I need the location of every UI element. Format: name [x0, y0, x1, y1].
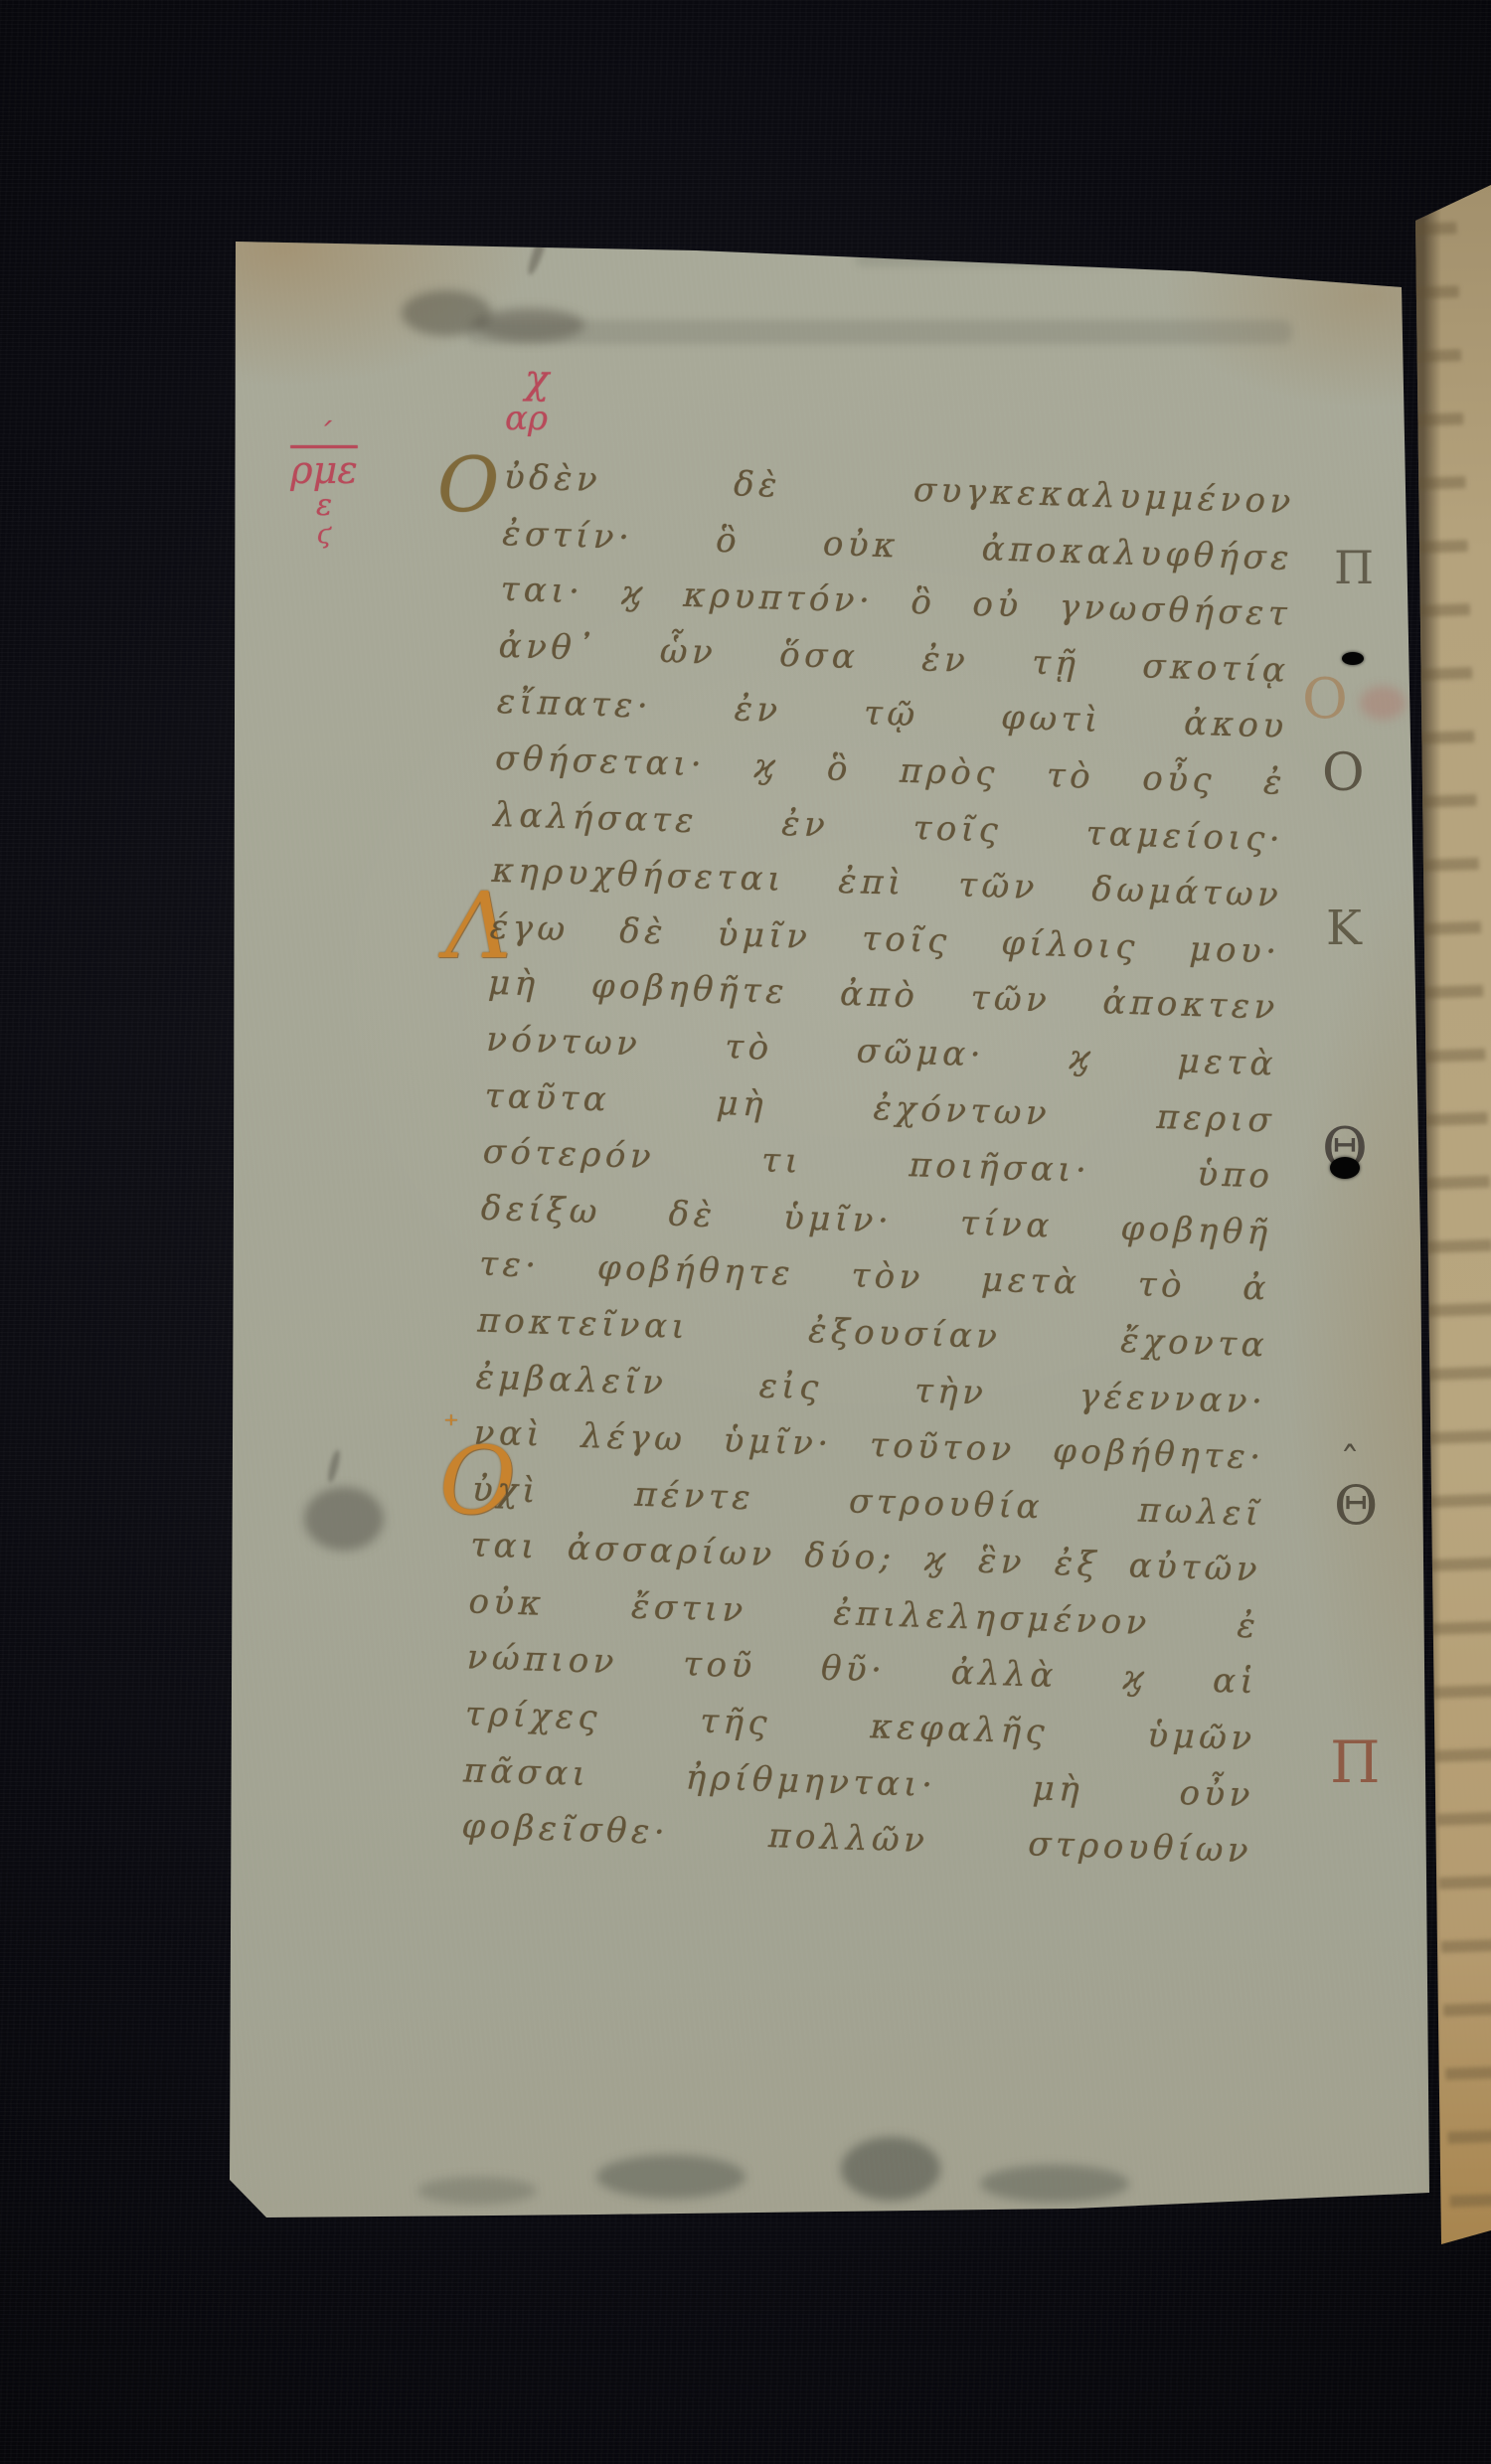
rubric-gloss-chi: χ [525, 360, 549, 400]
margin-letter-omicron-faint: Ο [1302, 672, 1348, 728]
initial-flourish: ⁺ [443, 1411, 459, 1441]
photograph-background: { "manuscript": { "left_rubric": { "acce… [0, 0, 1491, 2464]
rubric-section-number: ´ ρμε ε ϛ [274, 419, 374, 549]
margin-letter-pi-2: Π [1330, 1733, 1381, 1791]
faded-ink-mark-top [525, 229, 551, 277]
text-bleedthrough [855, 250, 1272, 266]
rubric-number-tail: ϛ [274, 522, 374, 549]
margin-letter-theta-2: Θ [1334, 1479, 1378, 1533]
text-bleedthrough [467, 320, 1292, 344]
bottom-edge-stain [596, 2155, 745, 2199]
bottom-edge-stain [841, 2137, 940, 2201]
rubric-number-sub: ε [274, 490, 374, 522]
margin-letter-pi: Π [1334, 545, 1374, 590]
faded-ink-mark-left-margin [326, 1449, 342, 1484]
wormhole-in-theta [1330, 1157, 1360, 1179]
faded-red-mark [1360, 686, 1406, 720]
text-block: ὐδὲν δὲ συγκεκαλυμμένονἐστίν· ὃ οὐκ ἀποκ… [461, 449, 1296, 1880]
margin-letter-kappa: Κ [1326, 904, 1362, 952]
bottom-edge-stain [980, 2165, 1129, 2203]
rubric-gloss-ar: αρ [505, 402, 548, 435]
bottom-edge-stain [417, 2177, 537, 2205]
margin-letter-omicron: Ο [1322, 747, 1365, 799]
rubric-accent: ´ [274, 419, 374, 451]
faded-ink-mark-left-margin [304, 1487, 384, 1551]
parchment-page: ´ ρμε ε ϛ χ αρ Ο Λ Ο ⁺ ὐδὲν δὲ συγκεκαλυ… [0, 0, 1491, 2464]
wormhole [1342, 652, 1364, 665]
rubric-number-main: ρμε [274, 451, 374, 491]
initial-omicron-line1: Ο [437, 447, 499, 523]
